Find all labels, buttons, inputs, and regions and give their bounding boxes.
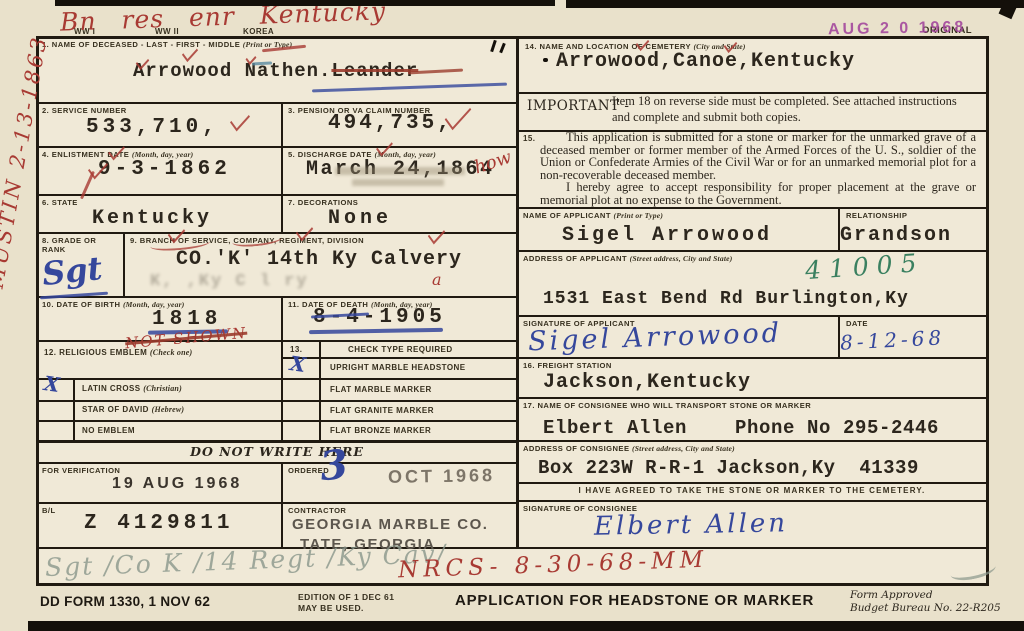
field12-label: 12. RELIGIOUS EMBLEM (Check one) xyxy=(44,348,192,357)
form-grid-line xyxy=(38,194,516,196)
option-no-emblem: NO EMBLEM xyxy=(82,426,135,435)
edition-note-line1: EDITION OF 1 DEC 61 xyxy=(298,592,394,602)
important-label: IMPORTANT - xyxy=(527,98,629,114)
field7-label: 7. DECORATIONS xyxy=(288,198,358,207)
consignee-name-phone-value: Elbert Allen Phone No 295-2446 xyxy=(543,417,939,439)
verification-date-stamp: 19 AUG 1968 xyxy=(112,475,242,493)
consignee-address-label-italic: (Street address, City and State) xyxy=(632,444,735,453)
form-grid-line xyxy=(38,102,516,104)
form-grid-line xyxy=(516,36,519,549)
branch-of-service-value: CO.'K' 14th Ky Calvery xyxy=(176,248,462,271)
consignee-signature: Elbert Allen xyxy=(594,508,789,541)
form-grid-line xyxy=(281,296,283,340)
field6-label: 6. STATE xyxy=(42,198,78,207)
bill-of-lading-value: Z 4129811 xyxy=(84,512,233,535)
form-grid-line xyxy=(519,207,986,209)
relationship-label: RELATIONSHIP xyxy=(846,211,907,220)
deceased-name-value: Arrowood Nathen.Leander xyxy=(133,60,418,82)
deceased-name-struck: Leander xyxy=(331,60,418,82)
form-grid-line xyxy=(38,146,516,148)
form-grid-line xyxy=(73,378,75,440)
field2-label: 2. SERVICE NUMBER xyxy=(42,106,127,115)
form-grid-line xyxy=(38,440,516,443)
form-grid-line xyxy=(319,340,321,440)
form-grid-line xyxy=(281,357,516,359)
document-scan: Bn res enr Kentucky WW I WW II KOREA AUG… xyxy=(0,0,1024,631)
bl-label: B/L xyxy=(42,506,56,515)
scan-edge-top-left xyxy=(55,0,555,6)
option-latin-cross-text: LATIN CROSS xyxy=(82,384,141,393)
form-grid-line xyxy=(519,482,986,484)
form-grid-line xyxy=(519,315,986,317)
checkbox-mark-latin-cross: X xyxy=(42,371,61,397)
applicant-name-label-italic: (Print or Type) xyxy=(614,211,664,220)
grade-rank-handwritten: Sgt xyxy=(40,249,104,293)
option-flat-marble: FLAT MARBLE MARKER xyxy=(330,385,432,394)
field16-label: 16. FREIGHT STATION xyxy=(523,361,612,370)
option-upright-marble: UPRIGHT MARBLE HEADSTONE xyxy=(330,363,466,372)
cemetery-name-value: Arrowood,Canoe,Kentucky xyxy=(556,50,855,73)
pension-claim-number-value: 494,735, xyxy=(328,112,453,135)
field10-label-text: 10. DATE OF BIRTH xyxy=(42,300,120,309)
date-label: DATE xyxy=(846,319,868,328)
form-grid-line xyxy=(281,102,283,232)
consignee-address-label-text: ADDRESS OF CONSIGNEE xyxy=(523,444,629,453)
form-title: APPLICATION FOR HEADSTONE OR MARKER xyxy=(455,592,814,609)
form-grid-line xyxy=(38,340,516,342)
applicant-address-label: ADDRESS OF APPLICANT (Street address, Ci… xyxy=(523,254,732,263)
applicant-name-label-text: NAME OF APPLICANT xyxy=(523,211,611,220)
form-grid-line xyxy=(986,36,989,586)
received-date-stamp: AUG 2 0 1968 xyxy=(828,19,967,39)
applicant-name-label: NAME OF APPLICANT (Print or Type) xyxy=(523,211,663,220)
form-grid-line xyxy=(38,462,516,464)
field15-para1: This application is submitted for a ston… xyxy=(540,131,976,181)
form-grid-line xyxy=(123,232,125,296)
form-grid-line xyxy=(281,462,283,547)
edition-note-line2: MAY BE USED. xyxy=(298,603,364,613)
date-of-death-value: 8-4-1905 xyxy=(313,306,446,329)
scan-edge-top-right xyxy=(566,0,1024,8)
option-flat-granite: FLAT GRANITE MARKER xyxy=(330,406,434,415)
ordered-quantity-handwritten: 3 xyxy=(318,441,351,491)
form-approved-line1: Form Approved xyxy=(850,589,933,601)
form-grid-line xyxy=(281,400,516,402)
field17-label: 17. NAME OF CONSIGNEE WHO WILL TRANSPORT… xyxy=(523,401,811,410)
scanned-form-dd-1330: { "colors": {"red_ink":"#a83a33","blue_i… xyxy=(0,0,1024,631)
consignee-address-value: Box 223W R-R-1 Jackson,Ky 41339 xyxy=(538,457,919,479)
form-grid-line xyxy=(36,583,988,586)
field15-number: 15. xyxy=(523,134,535,143)
service-number-value: 533,710, xyxy=(86,116,219,139)
form-grid-line xyxy=(38,502,516,504)
field13-label: CHECK TYPE REQUIRED xyxy=(348,345,453,354)
checkbox-mark-upright: X xyxy=(288,351,307,377)
erased-branch-text: K, ,Ky C l ry xyxy=(150,272,309,291)
field15-para2: I hereby agree to accept responsibility … xyxy=(540,181,976,206)
form-approved-line2: Budget Bureau No. 22-R205 xyxy=(850,602,1001,614)
field1-label-text: 1. NAME OF DECEASED - LAST - FIRST - MID… xyxy=(42,40,240,49)
form-grid-line xyxy=(281,340,283,440)
form-number: DD FORM 1330, 1 NOV 62 xyxy=(40,594,210,609)
do-not-write-here-header: DO NOT WRITE HERE xyxy=(38,444,516,459)
state-value: Kentucky xyxy=(92,207,212,230)
form-grid-line xyxy=(281,378,516,380)
consignee-agreement-text: I HAVE AGREED TO TAKE THE STONE OR MARKE… xyxy=(518,486,986,495)
form-grid-line xyxy=(519,547,986,549)
consignee-address-label: ADDRESS OF CONSIGNEE (Street address, Ci… xyxy=(523,444,735,453)
applicant-address-label-italic: (Street address, City and State) xyxy=(630,254,733,263)
form-grid-line xyxy=(38,296,516,298)
ink-dot-mark xyxy=(543,58,548,62)
red-letter-correction: a xyxy=(432,270,442,289)
deceased-name-main: Arrowood Nathen. xyxy=(133,60,331,82)
form-grid-line xyxy=(519,357,986,359)
verification-label: FOR VERIFICATION xyxy=(42,466,120,475)
form-grid-line xyxy=(519,397,986,399)
relationship-value: Grandson xyxy=(840,224,952,247)
enlistment-date-value: 9-3-1862 xyxy=(98,158,231,181)
option-star-of-david: STAR OF DAVID (Hebrew) xyxy=(82,405,184,414)
field1-label: 1. NAME OF DECEASED - LAST - FIRST - MID… xyxy=(42,40,292,49)
ghost-bleedthrough xyxy=(352,179,444,186)
field15-paragraphs: This application is submitted for a ston… xyxy=(540,131,976,207)
form-grid-line xyxy=(281,420,516,422)
option-star-of-david-italic: (Hebrew) xyxy=(152,405,185,414)
option-latin-cross: LATIN CROSS (Christian) xyxy=(82,384,182,393)
applicant-address-value: 1531 East Bend Rd Burlington,Ky xyxy=(543,289,909,309)
decorations-value: None xyxy=(328,207,392,230)
applicant-name-value: Sigel Arrowood xyxy=(562,224,772,247)
scan-edge-bottom xyxy=(28,621,1024,631)
form-grid-line xyxy=(519,500,986,502)
option-flat-bronze: FLAT BRONZE MARKER xyxy=(330,426,431,435)
contractor-label: CONTRACTOR xyxy=(288,506,346,515)
option-latin-cross-italic: (Christian) xyxy=(143,384,182,393)
contractor-name-stamp: GEORGIA MARBLE CO. xyxy=(292,516,488,533)
ghost-bleedthrough xyxy=(335,167,465,175)
freight-station-value: Jackson,Kentucky xyxy=(543,371,751,394)
option-star-of-david-text: STAR OF DAVID xyxy=(82,405,149,414)
important-text: Item 18 on reverse side must be complete… xyxy=(612,93,972,125)
ordered-date-stamp: OCT 1968 xyxy=(388,465,495,488)
form-grid-line xyxy=(519,440,986,442)
applicant-address-label-text: ADDRESS OF APPLICANT xyxy=(523,254,627,263)
